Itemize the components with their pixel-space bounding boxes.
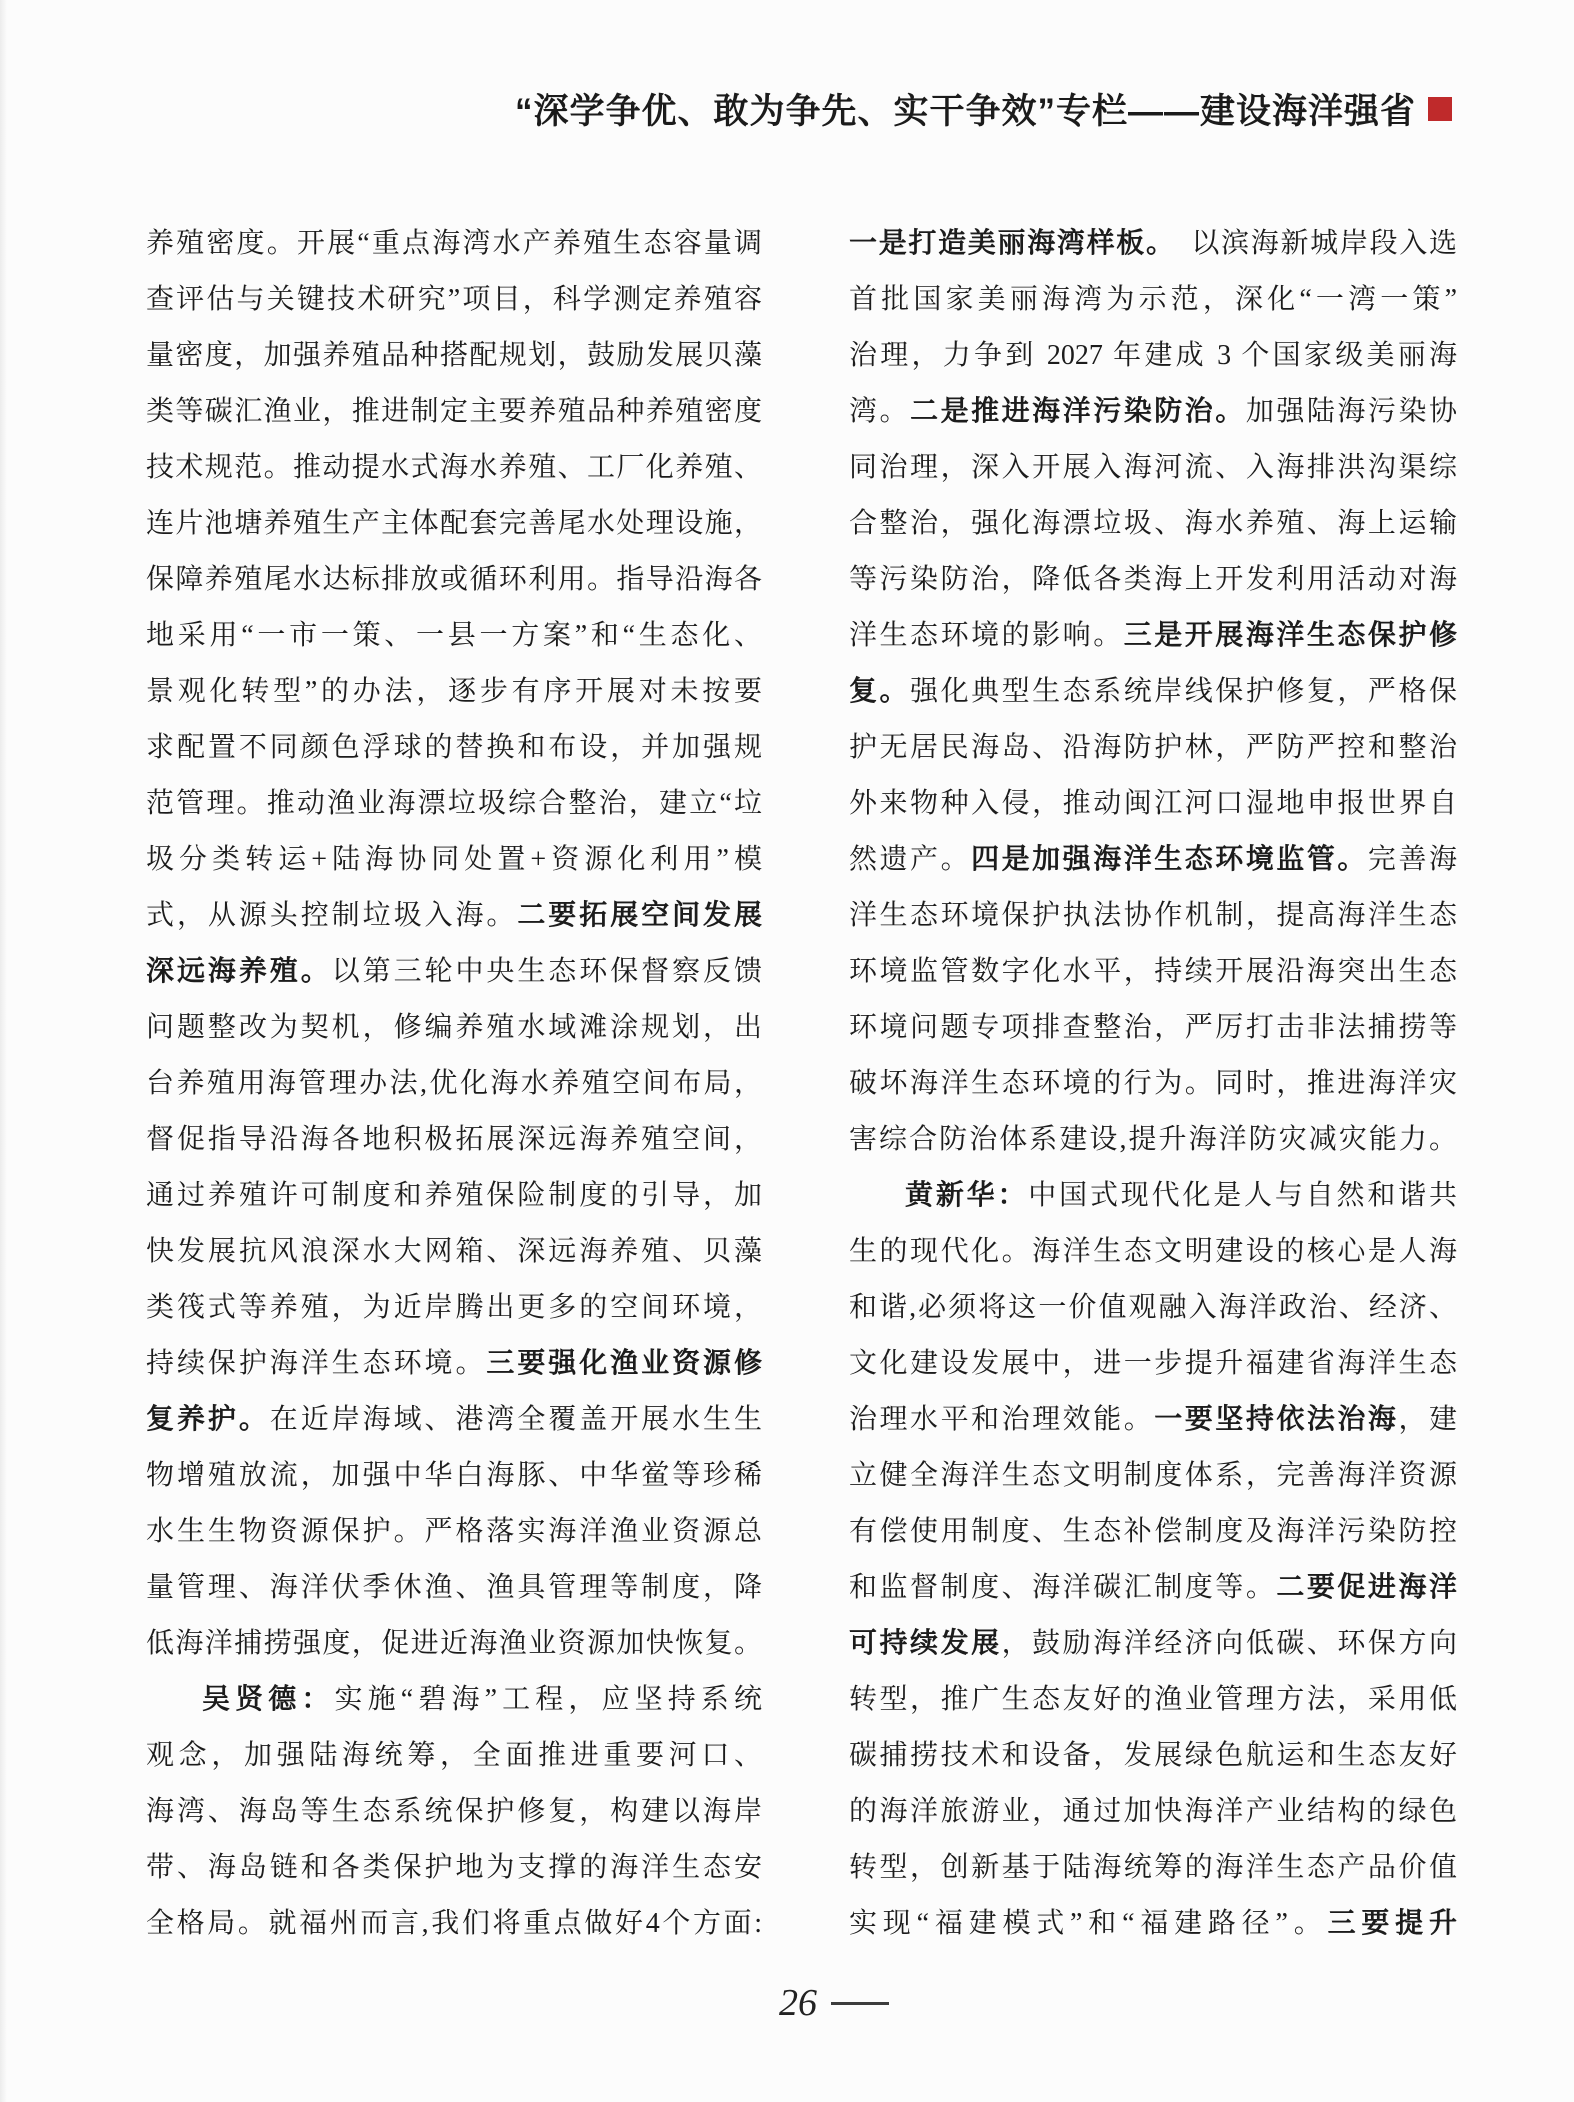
text-line: 生的现代化。海洋生态文明建设的核心是人海 [849, 1224, 1457, 1280]
text-segment: 护无居民海岛、沿海防护林，严防严控和整治 [849, 732, 1457, 763]
text-segment: 强化典型生态系统岸线保护修复，严格保 [910, 676, 1457, 707]
text-line: 碳捕捞技术和设备，发展绿色航运和生态友好 [849, 1728, 1457, 1784]
text-line: 求配置不同颜色浮球的替换和布设，并加强规 [146, 720, 762, 776]
text-line: 量管理、海洋伏季休渔、渔具管理等制度，降 [146, 1560, 762, 1616]
bold-text-segment: 二要促进海洋 [1276, 1572, 1457, 1603]
bold-text-segment: 三要提升 [1328, 1908, 1457, 1939]
text-segment: 首批国家美丽海湾为示范，深化“一湾一策” [849, 284, 1457, 315]
text-segment: 范管理。推动渔业海漂垃圾综合整治，建立“垃 [146, 788, 762, 819]
text-segment: 等污染防治，降低各类海上开发利用活动对海 [849, 564, 1457, 595]
text-line: 低海洋捕捞强度，促进近海渔业资源加快恢复。 [146, 1616, 762, 1672]
bold-text-segment: 一是打造美丽海湾样板。 [849, 228, 1162, 259]
text-line: 类等碳汇渔业，推进制定主要养殖品种养殖密度 [146, 384, 762, 440]
text-segment: 式，从源头控制垃圾入海。 [146, 900, 517, 931]
text-line: 护无居民海岛、沿海防护林，严防严控和整治 [849, 720, 1457, 776]
text-segment: 加强陆海污染协 [1246, 396, 1457, 427]
text-segment: 环境监管数字化水平，持续开展沿海突出生态 [849, 956, 1457, 987]
bold-text-segment: 二是推进海洋污染防治。 [910, 396, 1246, 427]
text-line: 洋生态环境保护执法协作机制，提高海洋生态 [849, 888, 1457, 944]
text-line: 治理，力争到 2027 年建成 3 个国家级美丽海 [849, 328, 1457, 384]
text-segment: 环境问题专项排查整治，严厉打击非法捕捞等 [849, 1012, 1457, 1043]
text-segment: 以滨海新城岸段入选 [1162, 228, 1457, 259]
text-line: 复养护。在近岸海域、港湾全覆盖开展水生生 [146, 1392, 762, 1448]
text-line: 连片池塘养殖生产主体配套完善尾水处理设施， [146, 496, 762, 552]
text-segment: 台养殖用海管理办法,优化海水养殖空间布局， [146, 1068, 762, 1099]
text-line: 实现“福建模式”和“福建路径”。三要提升 [849, 1896, 1457, 1952]
text-segment: 保障养殖尾水达标排放或循环利用。指导沿海各 [146, 564, 762, 595]
text-segment: 然遗产。 [849, 844, 971, 875]
bold-text-segment: 三要强化渔业资源修 [486, 1348, 762, 1379]
bold-text-segment: 一要坚持依法治海 [1154, 1404, 1398, 1435]
text-line: 可持续发展，鼓励海洋经济向低碳、环保方向 [849, 1616, 1457, 1672]
text-segment: 景观化转型”的办法，逐步有序开展对未按要 [146, 676, 762, 707]
text-line: 吴贤德：实施“碧海”工程，应坚持系统 [146, 1672, 762, 1728]
text-line: 湾。二是推进海洋污染防治。加强陆海污染协 [849, 384, 1457, 440]
text-line: 黄新华：中国式现代化是人与自然和谐共 [849, 1168, 1457, 1224]
text-line: 和监督制度、海洋碳汇制度等。二要促进海洋 [849, 1560, 1457, 1616]
text-segment: 养殖密度。开展“重点海湾水产养殖生态容量调 [146, 228, 762, 259]
text-line: 督促指导沿海各地积极拓展深远海养殖空间， [146, 1112, 762, 1168]
text-segment: 类等碳汇渔业，推进制定主要养殖品种养殖密度 [146, 396, 762, 427]
text-line: 式，从源头控制垃圾入海。二要拓展空间发展 [146, 888, 762, 944]
text-segment: 和谐,必须将这一价值观融入海洋政治、经济、 [849, 1292, 1457, 1323]
right-text-column: 一是打造美丽海湾样板。 以滨海新城岸段入选首批国家美丽海湾为示范，深化“一湾一策… [849, 216, 1457, 1952]
text-segment: 中国式现代化是人与自然和谐共 [1028, 1180, 1457, 1211]
text-line: 环境问题专项排查整治，严厉打击非法捕捞等 [849, 1000, 1457, 1056]
text-segment: 实施“碧海”工程，应坚持系统 [335, 1684, 762, 1715]
text-line: 破坏海洋生态环境的行为。同时，推进海洋灾 [849, 1056, 1457, 1112]
text-line: 文化建设发展中，进一步提升福建省海洋生态 [849, 1336, 1457, 1392]
text-segment: 在近岸海域、港湾全覆盖开展水生生 [270, 1404, 762, 1435]
bold-text-segment: 吴贤德： [202, 1684, 335, 1715]
text-line: 治理水平和治理效能。一要坚持依法治海，建 [849, 1392, 1457, 1448]
text-segment: 转型，创新基于陆海统筹的海洋生态产品价值 [849, 1852, 1457, 1883]
text-segment: 持续保护海洋生态环境。 [146, 1348, 486, 1379]
text-segment: 生的现代化。海洋生态文明建设的核心是人海 [849, 1236, 1457, 1267]
text-line: 一是打造美丽海湾样板。 以滨海新城岸段入选 [849, 216, 1457, 272]
text-line: 和谐,必须将这一价值观融入海洋政治、经济、 [849, 1280, 1457, 1336]
text-line: 带、海岛链和各类保护地为支撑的海洋生态安 [146, 1840, 762, 1896]
text-segment: 湾。 [849, 396, 910, 427]
text-segment: 转型，推广生态友好的渔业管理方法，采用低 [849, 1684, 1457, 1715]
text-line: 持续保护海洋生态环境。三要强化渔业资源修 [146, 1336, 762, 1392]
page-footer: 26 [779, 1984, 889, 2022]
text-segment: 量密度，加强养殖品种搭配规划，鼓励发展贝藻 [146, 340, 762, 371]
bold-text-segment: 黄新华： [905, 1180, 1028, 1211]
text-line: 然遗产。四是加强海洋生态环境监管。完善海 [849, 832, 1457, 888]
page-number: 26 [779, 1984, 817, 2022]
text-segment: 破坏海洋生态环境的行为。同时，推进海洋灾 [849, 1068, 1457, 1099]
text-line: 合整治，强化海漂垃圾、海水养殖、海上运输 [849, 496, 1457, 552]
text-line: 环境监管数字化水平，持续开展沿海突出生态 [849, 944, 1457, 1000]
text-line: 外来物种入侵，推动闽江河口湿地申报世界自 [849, 776, 1457, 832]
footer-rule [831, 2002, 889, 2005]
text-segment: 连片池塘养殖生产主体配套完善尾水处理设施， [146, 508, 762, 539]
text-segment: 碳捕捞技术和设备，发展绿色航运和生态友好 [849, 1740, 1457, 1771]
text-line: 物增殖放流，加强中华白海豚、中华鲎等珍稀 [146, 1448, 762, 1504]
text-line: 保障养殖尾水达标排放或循环利用。指导沿海各 [146, 552, 762, 608]
text-line: 台养殖用海管理办法,优化海水养殖空间布局， [146, 1056, 762, 1112]
bold-text-segment: 复养护。 [146, 1404, 270, 1435]
magazine-page: “深学争优、敢为争先、实干争效”专栏——建设海洋强省 养殖密度。开展“重点海湾水… [0, 0, 1574, 2102]
text-segment: 观念，加强陆海统筹，全面推进重要河口、 [146, 1740, 762, 1771]
text-line: 水生生物资源保护。严格落实海洋渔业资源总 [146, 1504, 762, 1560]
text-segment: 圾分类转运+陆海协同处置+资源化利用”模 [146, 844, 762, 875]
text-segment: 文化建设发展中，进一步提升福建省海洋生态 [849, 1348, 1457, 1379]
text-line: 通过养殖许可制度和养殖保险制度的引导，加 [146, 1168, 762, 1224]
bold-text-segment: 深远海养殖。 [146, 956, 332, 987]
text-line: 同治理，深入开展入海河流、入海排洪沟渠综 [849, 440, 1457, 496]
text-segment: 地采用“一市一策、一县一方案”和“生态化、 [146, 620, 762, 651]
text-segment: 的海洋旅游业，通过加快海洋产业结构的绿色 [849, 1796, 1457, 1827]
text-line: 等污染防治，降低各类海上开发利用活动对海 [849, 552, 1457, 608]
text-segment: 以第三轮中央生态环保督察反馈 [332, 956, 762, 987]
text-line: 海湾、海岛等生态系统保护修复，构建以海岸 [146, 1784, 762, 1840]
text-line: 快发展抗风浪深水大网箱、深远海养殖、贝藻 [146, 1224, 762, 1280]
text-line: 复。强化典型生态系统岸线保护修复，严格保 [849, 664, 1457, 720]
text-line: 深远海养殖。以第三轮中央生态环保督察反馈 [146, 944, 762, 1000]
text-line: 观念，加强陆海统筹，全面推进重要河口、 [146, 1728, 762, 1784]
text-line: 技术规范。推动提水式海水养殖、工厂化养殖、 [146, 440, 762, 496]
text-segment: 查评估与关键技术研究”项目，科学测定养殖容 [146, 284, 762, 315]
text-segment: 完善海 [1368, 844, 1457, 875]
text-line: 地采用“一市一策、一县一方案”和“生态化、 [146, 608, 762, 664]
column-header-title: “深学争优、敢为争先、实干争效”专栏——建设海洋强省 [515, 84, 1416, 134]
text-line: 养殖密度。开展“重点海湾水产养殖生态容量调 [146, 216, 762, 272]
text-segment: 害综合防治体系建设,提升海洋防灾减灾能力。 [849, 1124, 1457, 1155]
text-line: 范管理。推动渔业海漂垃圾综合整治，建立“垃 [146, 776, 762, 832]
text-segment: ，鼓励海洋经济向低碳、环保方向 [1002, 1628, 1457, 1659]
text-segment: 海湾、海岛等生态系统保护修复，构建以海岸 [146, 1796, 762, 1827]
text-line: 转型，推广生态友好的渔业管理方法，采用低 [849, 1672, 1457, 1728]
bold-text-segment: 三是开展海洋生态保护修 [1124, 620, 1457, 651]
text-segment: 洋生态环境保护执法协作机制，提高海洋生态 [849, 900, 1457, 931]
text-line: 转型，创新基于陆海统筹的海洋生态产品价值 [849, 1840, 1457, 1896]
text-segment: 同治理，深入开展入海河流、入海排洪沟渠综 [849, 452, 1457, 483]
text-segment: 快发展抗风浪深水大网箱、深远海养殖、贝藻 [146, 1236, 762, 1267]
text-segment: 督促指导沿海各地积极拓展深远海养殖空间， [146, 1124, 762, 1155]
text-line: 量密度，加强养殖品种搭配规划，鼓励发展贝藻 [146, 328, 762, 384]
text-line: 全格局。就福州而言,我们将重点做好4个方面: [146, 1896, 762, 1952]
text-line: 洋生态环境的影响。三是开展海洋生态保护修 [849, 608, 1457, 664]
text-line: 的海洋旅游业，通过加快海洋产业结构的绿色 [849, 1784, 1457, 1840]
text-segment: 合整治，强化海漂垃圾、海水养殖、海上运输 [849, 508, 1457, 539]
text-segment: 外来物种入侵，推动闽江河口湿地申报世界自 [849, 788, 1457, 819]
text-segment: 物增殖放流，加强中华白海豚、中华鲎等珍稀 [146, 1460, 762, 1491]
text-line: 查评估与关键技术研究”项目，科学测定养殖容 [146, 272, 762, 328]
bold-text-segment: 可持续发展 [849, 1628, 1002, 1659]
text-segment: 低海洋捕捞强度，促进近海渔业资源加快恢复。 [146, 1628, 762, 1659]
text-segment: 类筏式等养殖，为近岸腾出更多的空间环境， [146, 1292, 762, 1323]
text-segment: 求配置不同颜色浮球的替换和布设，并加强规 [146, 732, 762, 763]
bold-text-segment: 四是加强海洋生态环境监管。 [971, 844, 1368, 875]
bold-text-segment: 复。 [849, 676, 910, 707]
text-line: 问题整改为契机，修编养殖水域滩涂规划，出 [146, 1000, 762, 1056]
text-segment: 带、海岛链和各类保护地为支撑的海洋生态安 [146, 1852, 762, 1883]
text-segment: 全格局。就福州而言,我们将重点做好4个方面: [146, 1908, 762, 1939]
text-segment: 技术规范。推动提水式海水养殖、工厂化养殖、 [146, 452, 762, 483]
text-segment: 通过养殖许可制度和养殖保险制度的引导，加 [146, 1180, 762, 1211]
text-segment: 洋生态环境的影响。 [849, 620, 1124, 651]
text-segment: 有偿使用制度、生态补偿制度及海洋污染防控 [849, 1516, 1457, 1547]
text-line: 有偿使用制度、生态补偿制度及海洋污染防控 [849, 1504, 1457, 1560]
text-segment: 量管理、海洋伏季休渔、渔具管理等制度，降 [146, 1572, 762, 1603]
text-line: 景观化转型”的办法，逐步有序开展对未按要 [146, 664, 762, 720]
text-segment: ，建 [1398, 1404, 1457, 1435]
red-square-marker-icon [1428, 97, 1452, 121]
page-header: “深学争优、敢为争先、实干争效”专栏——建设海洋强省 [515, 84, 1452, 134]
text-segment: 问题整改为契机，修编养殖水域滩涂规划，出 [146, 1012, 762, 1043]
text-line: 立健全海洋生态文明制度体系，完善海洋资源 [849, 1448, 1457, 1504]
text-segment: 水生生物资源保护。严格落实海洋渔业资源总 [146, 1516, 762, 1547]
text-line: 圾分类转运+陆海协同处置+资源化利用”模 [146, 832, 762, 888]
left-text-column: 养殖密度。开展“重点海湾水产养殖生态容量调查评估与关键技术研究”项目，科学测定养… [146, 216, 762, 1952]
text-segment: 和监督制度、海洋碳汇制度等。 [849, 1572, 1276, 1603]
text-segment: 治理水平和治理效能。 [849, 1404, 1154, 1435]
text-segment: 实现“福建模式”和“福建路径”。 [849, 1908, 1328, 1939]
text-segment: 治理，力争到 2027 年建成 3 个国家级美丽海 [849, 340, 1457, 371]
bold-text-segment: 二要拓展空间发展 [517, 900, 762, 931]
text-line: 害综合防治体系建设,提升海洋防灾减灾能力。 [849, 1112, 1457, 1168]
text-line: 首批国家美丽海湾为示范，深化“一湾一策” [849, 272, 1457, 328]
text-line: 类筏式等养殖，为近岸腾出更多的空间环境， [146, 1280, 762, 1336]
text-segment: 立健全海洋生态文明制度体系，完善海洋资源 [849, 1460, 1457, 1491]
